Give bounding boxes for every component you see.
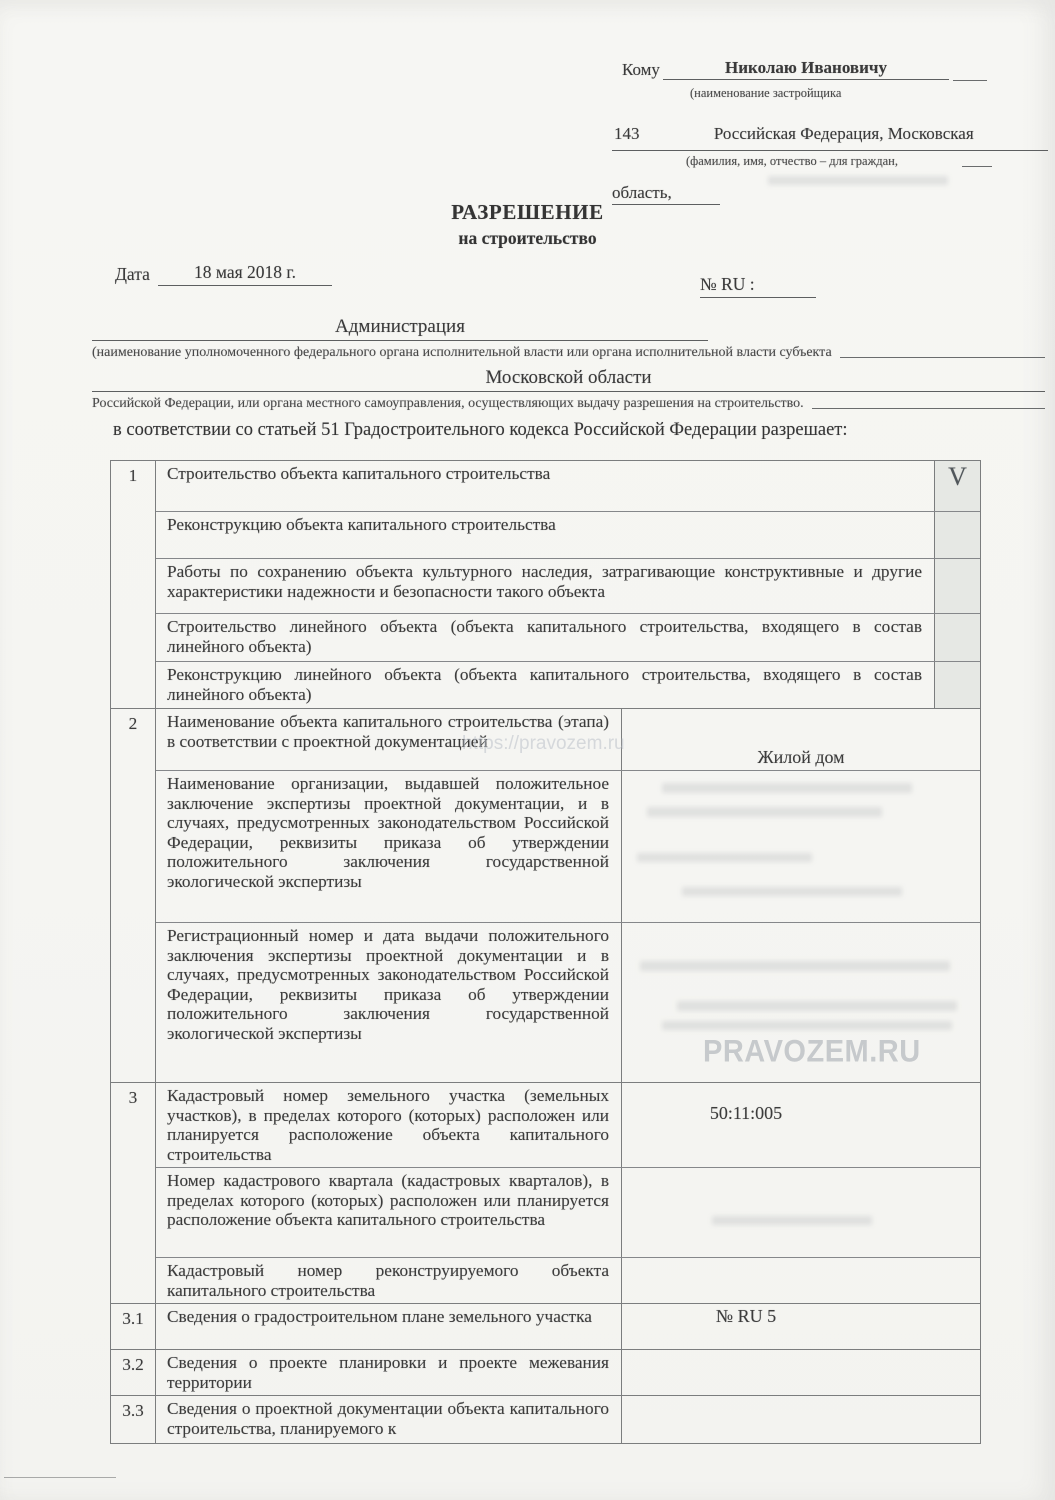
table-section-1: 1 Строительство объекта капитального стр… <box>111 461 980 708</box>
erased-text-smudge <box>682 887 902 896</box>
table-row: Регистрационный номер и дата выдачи поло… <box>156 922 980 1082</box>
blank-line-segment <box>953 80 987 81</box>
table-row: Сведения о проекте планировки и проекте … <box>156 1350 980 1395</box>
erased-text-smudge <box>647 807 882 817</box>
table-section-3-2: 3.2 Сведения о проекте планировки и прое… <box>111 1349 980 1395</box>
field-label: Сведения о градостроительном плане земел… <box>156 1304 621 1349</box>
caption-builder-name: (наименование застройщика <box>690 86 841 101</box>
permit-type-row: Реконструкцию объекта капитального строи… <box>156 511 980 558</box>
field-label: Сведения о проекте планировки и проекте … <box>156 1350 621 1395</box>
field-value-cell <box>621 771 980 922</box>
to-label: Кому <box>622 60 660 80</box>
gpzu-number: № RU 5 <box>716 1307 776 1327</box>
checkbox-checked: V <box>934 461 980 511</box>
address-prefix: 143 <box>612 124 640 148</box>
field-value: Жилой дом <box>757 748 844 768</box>
permit-type-label: Строительство объекта капитального строи… <box>156 461 934 511</box>
permit-type-row: Реконструкцию линейного объекта (объекта… <box>156 661 980 708</box>
table-row: Наименование объекта капитального строит… <box>156 709 980 770</box>
permit-type-label: Строительство линейного объекта (объекта… <box>156 614 934 661</box>
row-number: 3 <box>111 1083 156 1303</box>
date-value: 18 мая 2018 г. <box>158 262 332 286</box>
permit-table: 1 Строительство объекта капитального стр… <box>110 460 981 1444</box>
table-section-2: 2 Наименование объекта капитального стро… <box>111 708 980 1082</box>
title-line-1: РАЗРЕШЕНИЕ <box>0 200 1055 225</box>
field-value-cell <box>621 1258 980 1303</box>
field-value-cell <box>621 1168 980 1257</box>
addressee-name: Николаю Ивановичу <box>663 58 949 80</box>
erased-text-smudge <box>637 853 812 862</box>
row-number: 3.2 <box>111 1350 156 1395</box>
table-section-3-3: 3.3 Сведения о проектной документации об… <box>111 1395 980 1443</box>
authority-block: Администрация (наименование уполномоченн… <box>92 316 1045 412</box>
checkbox-empty <box>934 662 980 708</box>
erased-text-smudge <box>662 783 912 793</box>
permit-type-label: Работы по сохранению объекта культурного… <box>156 559 934 613</box>
document-page: Кому Николаю Ивановичу (наименование зас… <box>0 0 1055 1500</box>
authority-caption-2: Российской Федерации, или органа местног… <box>92 396 804 412</box>
field-value-cell: № RU 5 <box>621 1304 980 1349</box>
table-row: Кадастровый номер земельного участка (зе… <box>156 1083 980 1167</box>
permit-type-row: Строительство линейного объекта (объекта… <box>156 613 980 661</box>
permit-type-row: Работы по сохранению объекта культурного… <box>156 558 980 613</box>
blank-line-segment <box>962 166 992 167</box>
row-number: 1 <box>111 461 156 708</box>
erased-text-smudge <box>662 1021 952 1030</box>
field-label: Регистрационный номер и дата выдачи поло… <box>156 923 621 1082</box>
table-row: Кадастровый номер реконструируемого объе… <box>156 1257 980 1303</box>
checkbox-empty <box>934 512 980 558</box>
date-label: Дата <box>115 264 150 285</box>
authority-name: Администрация <box>92 316 708 341</box>
field-label: Сведения о проектной документации объект… <box>156 1396 621 1443</box>
checkbox-empty <box>934 559 980 613</box>
row-number: 3.1 <box>111 1304 156 1349</box>
erased-text-smudge <box>677 1001 957 1011</box>
field-label: Номер кадастрового квартала (кадастровых… <box>156 1168 621 1257</box>
blank-line-fill <box>812 408 1045 409</box>
field-value-cell: 50:11:005 <box>621 1083 980 1167</box>
table-row: Сведения о градостроительном плане земел… <box>156 1304 980 1349</box>
authority-caption-1: (наименование уполномоченного федерально… <box>92 345 832 361</box>
cadastral-number: 50:11:005 <box>710 1104 782 1124</box>
table-row: Сведения о проектной документации объект… <box>156 1396 980 1443</box>
table-section-3-1: 3.1 Сведения о градостроительном плане з… <box>111 1303 980 1349</box>
field-value-cell <box>621 1396 980 1443</box>
permit-type-row: Строительство объекта капитального строи… <box>156 461 980 511</box>
permit-type-label: Реконструкцию линейного объекта (объекта… <box>156 662 934 708</box>
authority-region: Московской области <box>92 367 1045 392</box>
intro-paragraph: в соответствии со статьей 51 Градостроит… <box>113 420 1013 441</box>
date-number-row: Дата 18 мая 2018 г. № RU : <box>0 262 1055 292</box>
table-row: Наименование организации, выдавшей полож… <box>156 770 980 922</box>
field-label: Наименование организации, выдавшей полож… <box>156 771 621 922</box>
erased-text-smudge <box>712 1216 872 1225</box>
scan-artifact-line <box>4 1477 116 1478</box>
field-label: Кадастровый номер земельного участка (зе… <box>156 1083 621 1167</box>
address-line-1: 143 Российская Федерация, Московская <box>612 124 1048 151</box>
row-number: 3.3 <box>111 1396 156 1443</box>
field-label: Кадастровый номер реконструируемого объе… <box>156 1258 621 1303</box>
field-label: Наименование объекта капитального строит… <box>156 709 621 770</box>
address-text: Российская Федерация, Московская <box>640 124 1049 148</box>
document-title: РАЗРЕШЕНИЕ на строительство <box>0 200 1055 249</box>
checkbox-empty <box>934 614 980 661</box>
table-section-3: 3 Кадастровый номер земельного участка (… <box>111 1082 980 1303</box>
caption-person-name: (фамилия, имя, отчество – для граждан, <box>686 154 1048 169</box>
table-row: Номер кадастрового квартала (кадастровых… <box>156 1167 980 1257</box>
erased-text-smudge <box>640 961 950 971</box>
row-number: 2 <box>111 709 156 1082</box>
title-line-2: на строительство <box>0 228 1055 249</box>
field-value-cell <box>621 923 980 1082</box>
field-value-cell: Жилой дом <box>621 709 980 770</box>
blank-line-fill <box>840 357 1045 358</box>
permit-type-label: Реконструкцию объекта капитального строи… <box>156 512 934 558</box>
field-value-cell <box>621 1350 980 1395</box>
document-number: № RU : <box>700 274 816 298</box>
